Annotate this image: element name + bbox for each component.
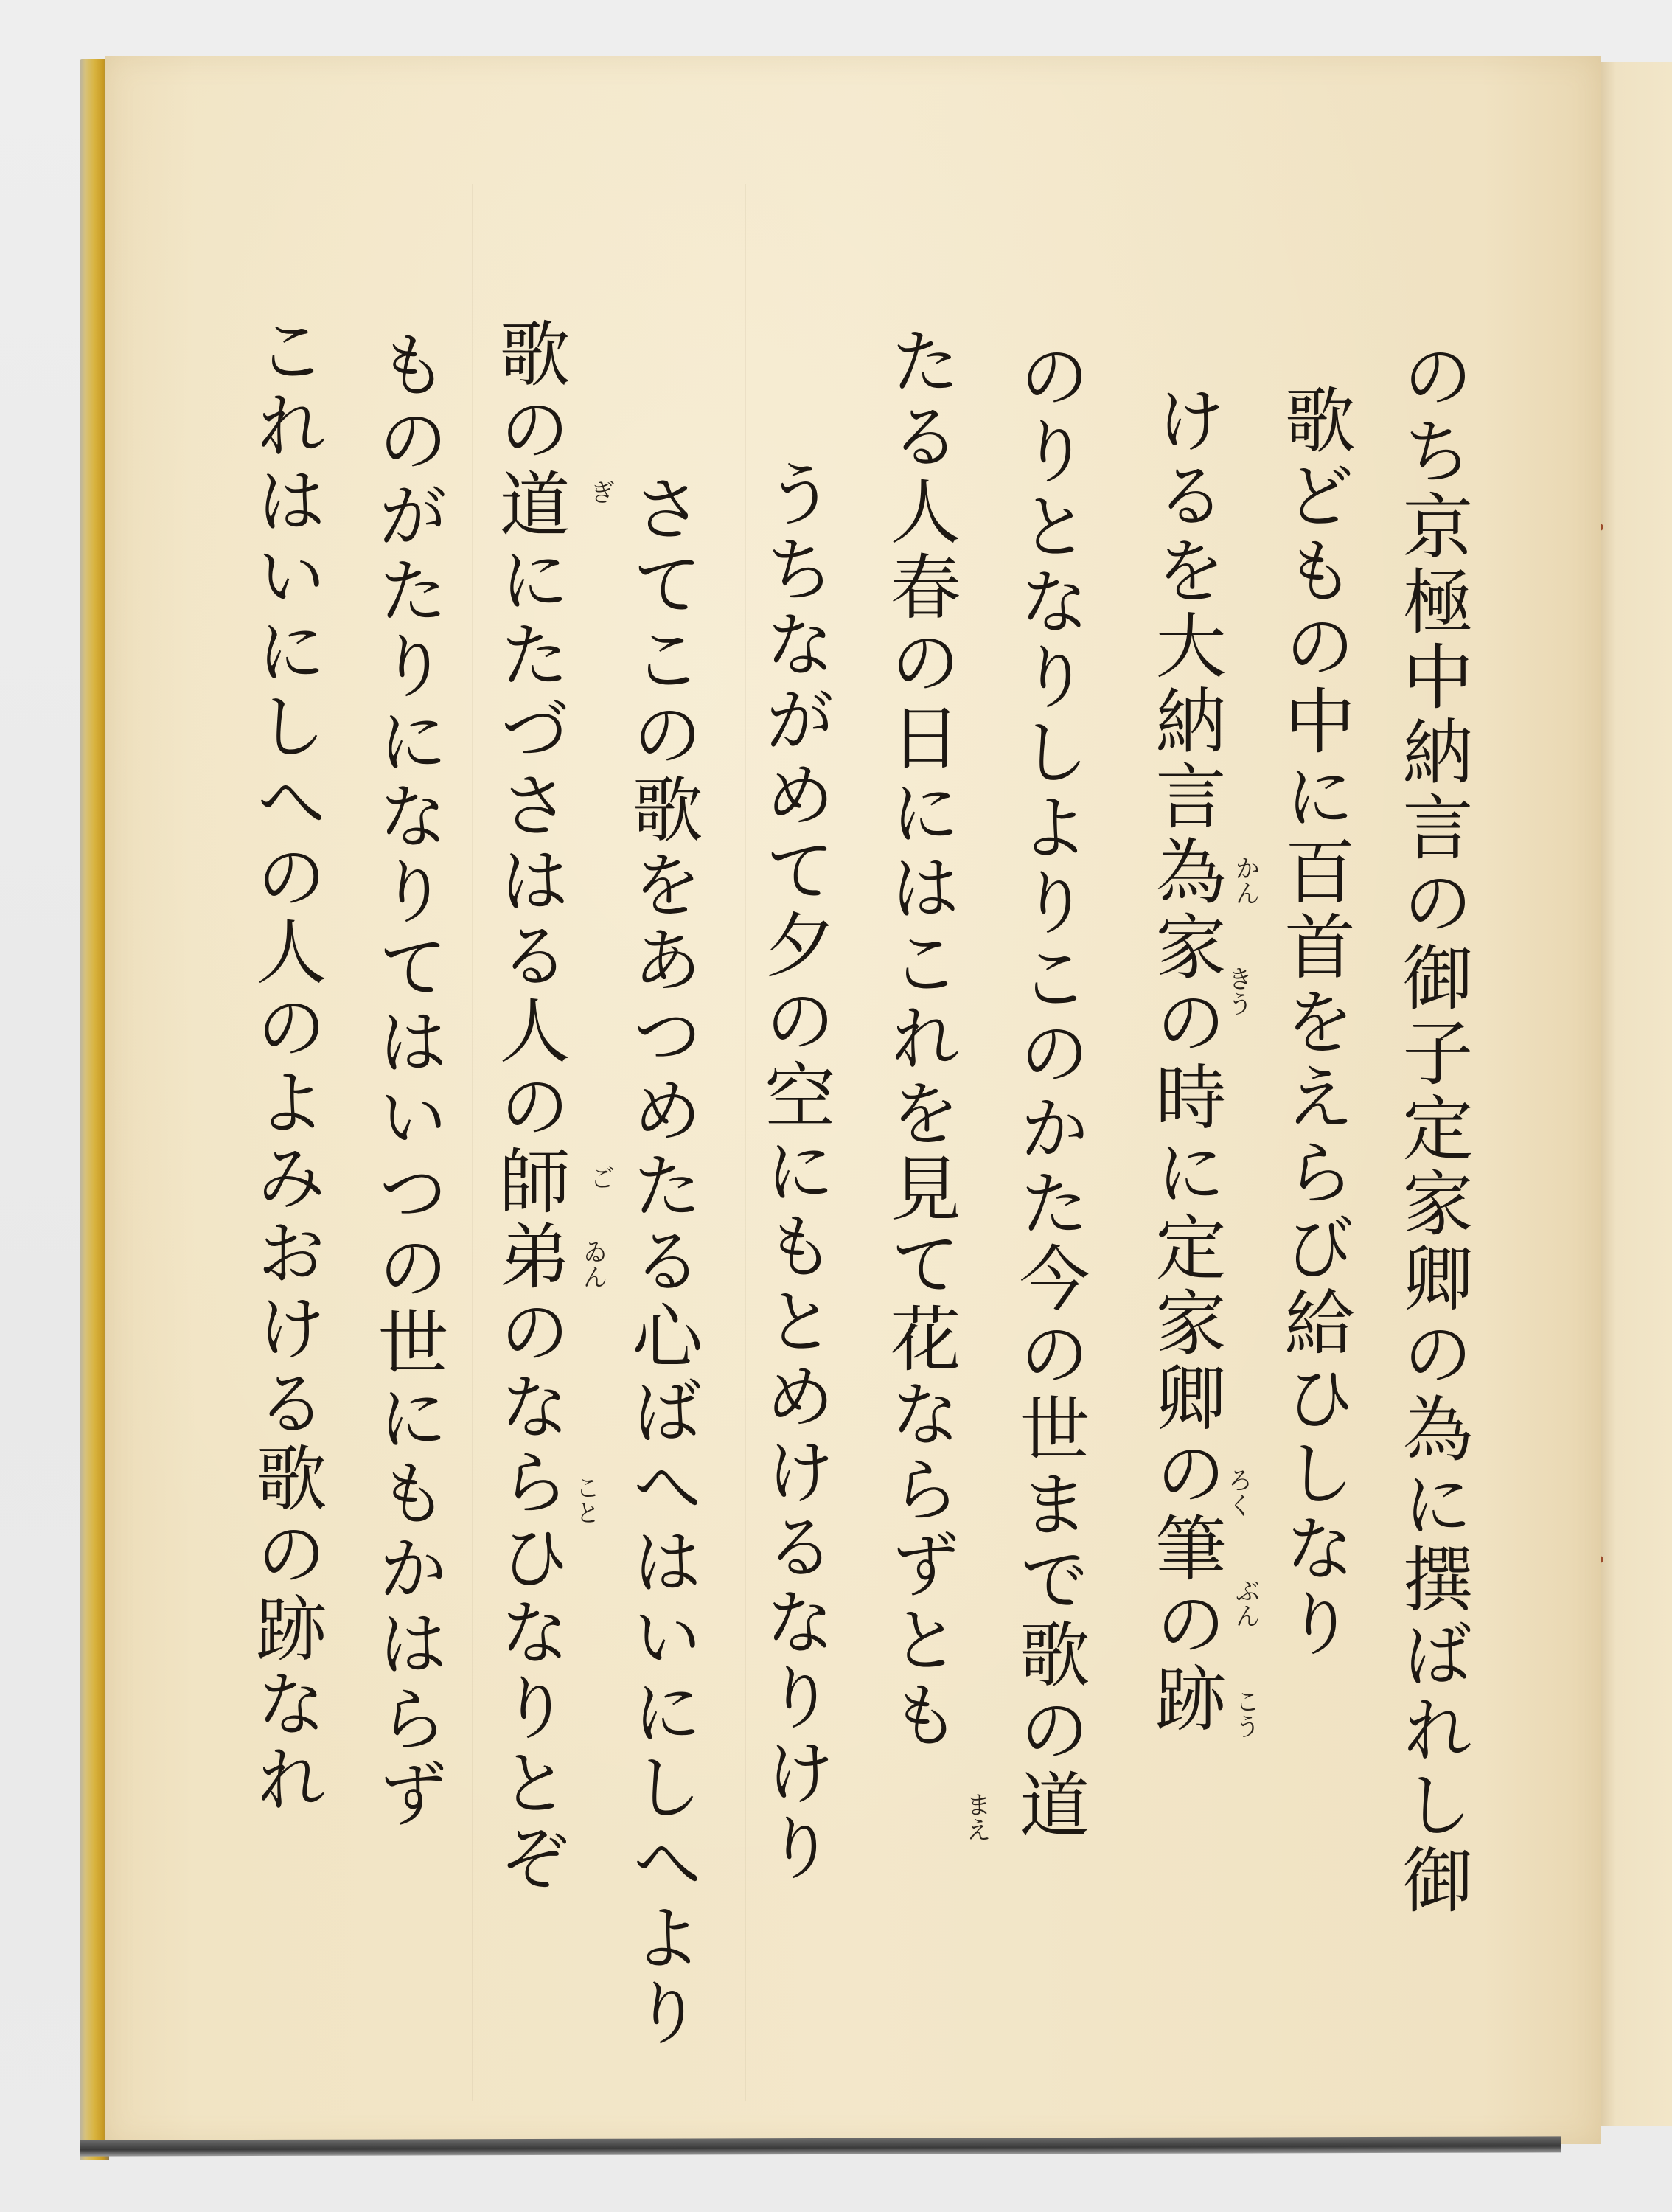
text-column-3: けるを大納言為家の時に定家卿の筆の跡	[1150, 383, 1221, 1737]
furigana: まえ	[958, 1792, 995, 1842]
furigana: きう	[1220, 966, 1256, 1016]
furigana: こと	[568, 1475, 604, 1525]
furigana: ぎ	[582, 479, 619, 504]
text-column-5: たる人春の日にはこれを見て花ならずとも	[885, 324, 955, 1753]
furigana: ろく	[1220, 1467, 1256, 1517]
text-column-2: 歌どもの中に百首をえらび給ひしなり	[1279, 383, 1350, 1662]
text-column-9: ものがたりになりてはいつの世にもかはらず	[372, 328, 443, 1832]
column-guide	[472, 184, 473, 2101]
furigana: かん	[1227, 855, 1264, 905]
text-column-10: これはいにしへの人のよみおける歌の跡なれ	[251, 313, 321, 1818]
manuscript-page	[105, 56, 1601, 2144]
text-column-4: のりとなりしよりこのかた今の世まで歌の道	[1014, 339, 1084, 1843]
text-column-6: うちながめて夕の空にもとめけるなりけり	[759, 457, 830, 1886]
column-guide	[745, 184, 746, 2101]
facing-page-edge	[1595, 62, 1672, 2126]
text-column-7: さてこの歌をあつめたる心ばへはいにしへより	[627, 472, 697, 2051]
furigana: こう	[1227, 1688, 1264, 1739]
furigana: ぶん	[1227, 1578, 1264, 1628]
text-column-8: 歌の道にたづさはる人の師弟のならひなりとぞ	[494, 317, 565, 1896]
furigana: ご	[582, 1165, 619, 1190]
text-column-1: のち京極中納言の御子定家卿の為に撰ばれし御	[1397, 339, 1468, 1919]
furigana: ゐん	[575, 1239, 611, 1289]
